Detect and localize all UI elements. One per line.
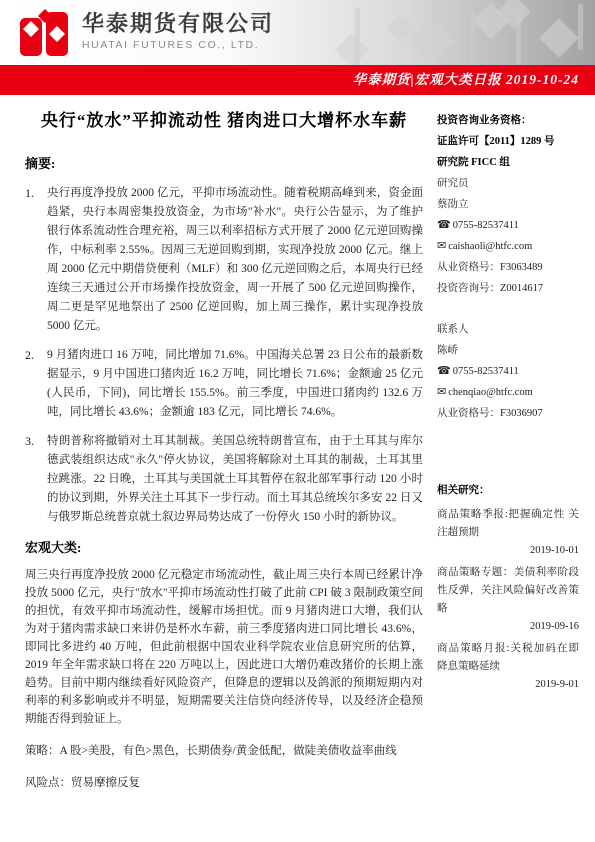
strategy-label: 策略：: [25, 745, 60, 757]
abstract-item: 1. 央行再度净投放 2000 亿元，平抑市场流动性。随着税期高峰到来，资金面趋…: [25, 184, 423, 336]
abstract-item: 3. 特朗普称将撤销对土耳其制裁。美国总统特朗普宣布，由于土耳其与库尔德武装组织…: [25, 432, 423, 527]
contact-cert: 从业资格号：F3036907: [437, 406, 579, 421]
info-sidebar: 投资咨询业务资格： 证监许可【2011】1289 号 研究院 FICC 组 研究…: [437, 113, 579, 698]
abstract-item-text: 央行再度净投放 2000 亿元，平抑市场流动性。随着税期高峰到来，资金面趋紧，央…: [47, 184, 423, 336]
related-item-date: 2019-9-01: [437, 676, 579, 694]
related-research-item: 商品策略月报:关税加码在即 降息策略延续 2019-9-01: [437, 640, 579, 694]
related-item-date: 2019-09-16: [437, 618, 579, 636]
company-name-cn: 华泰期货有限公司: [82, 11, 274, 37]
abstract-item-text: 9 月猪肉进口 16 万吨，同比增加 71.6%。中国海关总署 23 日公布的最…: [47, 346, 423, 422]
risk-label: 风险点：: [25, 777, 71, 789]
contact-label: 联系人: [437, 322, 579, 337]
researcher-label: 研究员: [437, 176, 579, 191]
related-research-item: 商品策略专题：美债利率阶段性反弹，关注风险偏好改善策略 2019-09-16: [437, 564, 579, 636]
diamond-decoration: [409, 19, 454, 64]
report-banner: 华泰期货|宏观大类日报 2019-10-24: [0, 65, 595, 95]
related-research-item: 商品策略季报:把握确定性 关注超预期 2019-10-01: [437, 506, 579, 560]
phone-icon: ☎: [437, 219, 451, 231]
diamond-decoration: [578, 4, 583, 50]
header-band: 华泰期货有限公司 HUATAI FUTURES CO., LTD.: [0, 0, 595, 65]
macro-section-heading: 宏观大类:: [25, 537, 423, 556]
researcher-advisory: 投资咨询号：Z0014617: [437, 281, 579, 296]
researcher-phone-line: ☎0755-82537411: [437, 218, 579, 233]
related-item-title: 商品策略季报:把握确定性 关注超预期: [437, 506, 579, 542]
research-group: 研究院 FICC 组: [437, 155, 579, 170]
abstract-item-number: 3.: [25, 432, 47, 527]
report-title: 央行“放水”平抑流动性 猪肉进口大增杯水车薪: [25, 106, 423, 131]
diamond-decoration: [539, 18, 579, 58]
researcher-email-line: ✉caishaoli@htfc.com: [437, 239, 579, 254]
related-research-heading: 相关研究：: [437, 483, 579, 498]
abstract-heading: 摘要:: [25, 153, 423, 172]
license-number: 证监许可【2011】1289 号: [437, 134, 579, 149]
researcher-cert: 从业资格号：F3063489: [437, 260, 579, 275]
phone-icon: ☎: [437, 365, 451, 377]
strategy-line: 策略：A 股>美股，有色>黑色，长期债券/黄金低配，做陡美债收益率曲线: [25, 742, 423, 760]
contact-phone-line: ☎0755-82537411: [437, 364, 579, 379]
abstract-item-number: 2.: [25, 346, 47, 422]
researcher-email: caishaoli@htfc.com: [448, 241, 532, 252]
qualification-title: 投资咨询业务资格：: [437, 113, 579, 128]
strategy-text: A 股>美股，有色>黑色，长期债券/黄金低配，做陡美债收益率曲线: [60, 745, 397, 757]
abstract-item-text: 特朗普称将撤销对土耳其制裁。美国总统特朗普宣布，由于土耳其与库尔德武装组织达成"…: [47, 432, 423, 527]
macro-section-body: 周三央行再度净投放 2000 亿元稳定市场流动性，截止周三央行本周已经累计净投放…: [25, 566, 423, 728]
company-name-block: 华泰期货有限公司 HUATAI FUTURES CO., LTD.: [82, 11, 274, 51]
researcher-name: 蔡劭立: [437, 197, 579, 212]
related-item-date: 2019-10-01: [437, 542, 579, 560]
contact-email: chenqiao@htfc.com: [448, 387, 533, 398]
envelope-icon: ✉: [437, 240, 446, 252]
diamond-decoration: [335, 33, 369, 65]
abstract-item: 2. 9 月猪肉进口 16 万吨，同比增加 71.6%。中国海关总署 23 日公…: [25, 346, 423, 422]
contact-phone: 0755-82537411: [453, 366, 519, 377]
contact-name: 陈峤: [437, 343, 579, 358]
diamond-decoration: [386, 14, 414, 42]
huatai-logo-icon: [18, 9, 72, 61]
risk-text: 贸易摩擦反复: [71, 777, 140, 789]
researcher-phone: 0755-82537411: [453, 220, 519, 231]
related-item-title: 商品策略专题：美债利率阶段性反弹，关注风险偏好改善策略: [437, 564, 579, 618]
abstract-item-number: 1.: [25, 184, 47, 336]
envelope-icon: ✉: [437, 386, 446, 398]
contact-email-line: ✉chenqiao@htfc.com: [437, 385, 579, 400]
risk-line: 风险点：贸易摩擦反复: [25, 774, 423, 792]
main-column: 央行“放水”平抑流动性 猪肉进口大增杯水车薪 摘要: 1. 央行再度净投放 20…: [25, 106, 423, 792]
report-page: 华泰期货有限公司 HUATAI FUTURES CO., LTD. 华泰期货|宏…: [0, 0, 595, 842]
company-name-en: HUATAI FUTURES CO., LTD.: [82, 39, 274, 51]
related-item-title: 商品策略月报:关税加码在即 降息策略延续: [437, 640, 579, 676]
